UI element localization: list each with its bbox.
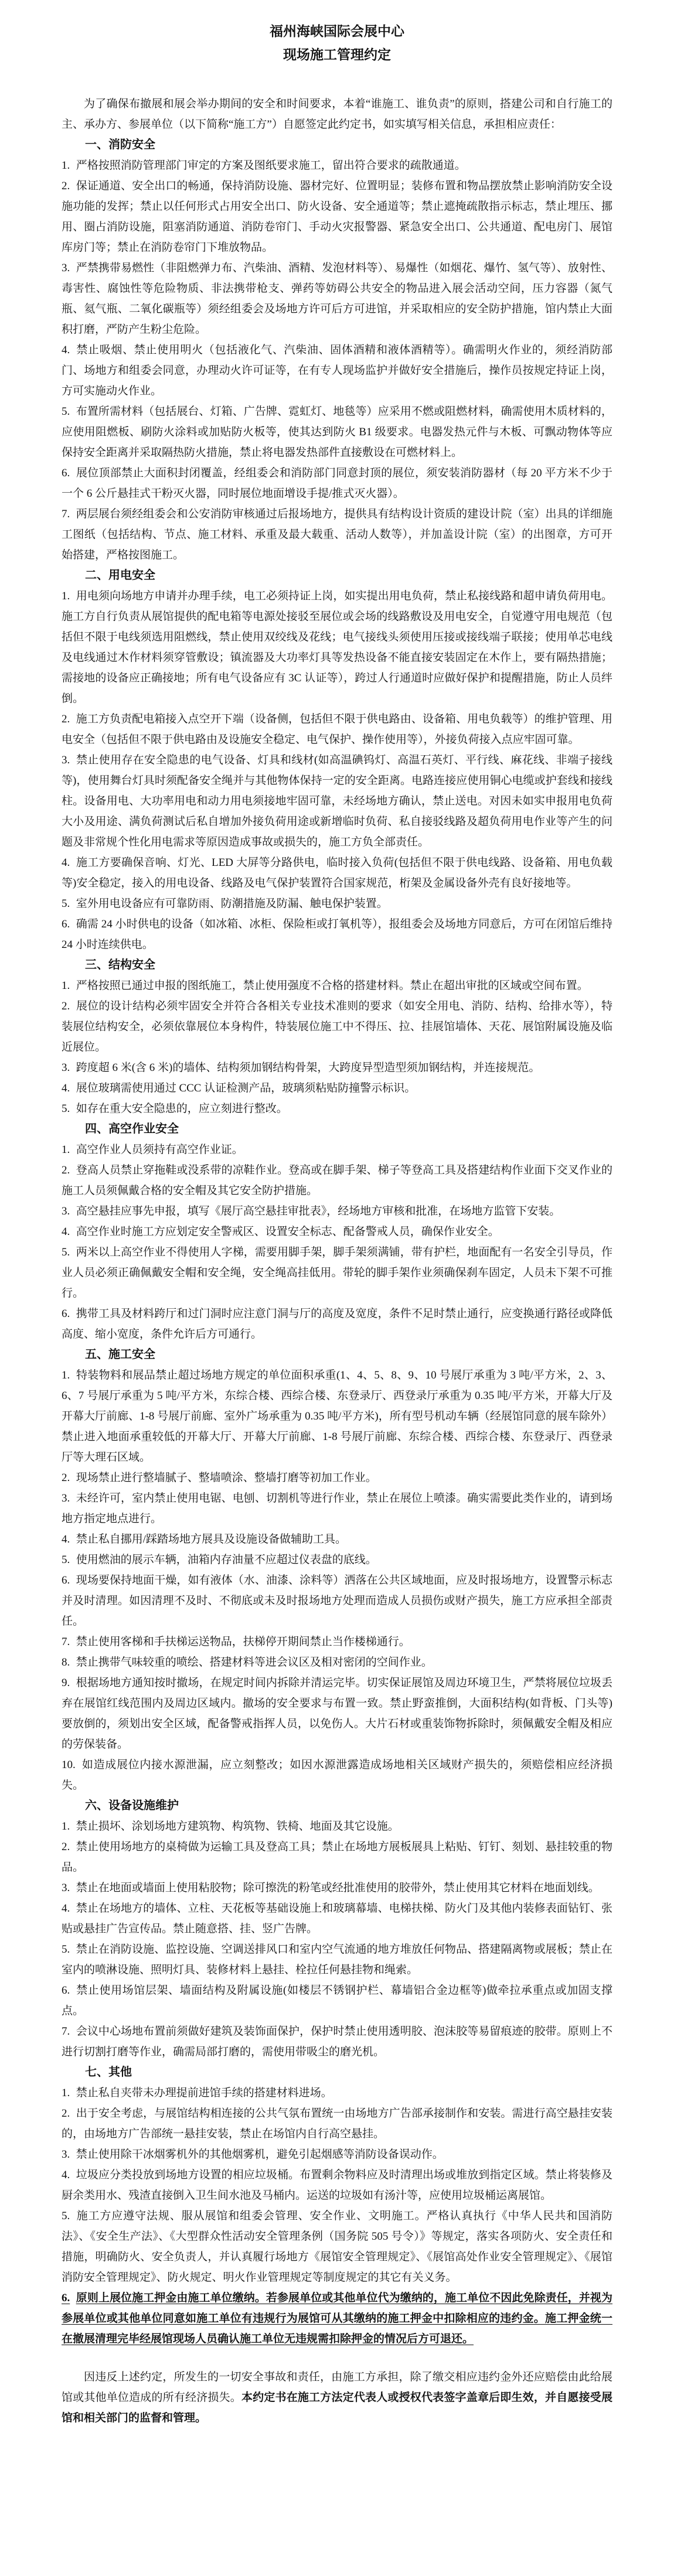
clause-text: 禁止在消防设施、监控设施、空调送排风口和室内空气流通的地方堆放任何物品、搭建隔离… <box>62 1943 612 1976</box>
clause-item: 6.禁止使用场馆层架、墙面结构及附属设施(如楼层不锈钢护栏、幕墙铝合金边框等)做… <box>62 1980 612 2021</box>
clause-item: 3.未经许可，室内禁止使用电锯、电刨、切割机等进行作业，禁止在展位上喷漆。确实需… <box>62 1488 612 1529</box>
intro-paragraph: 为了确保布撤展和展会举办期间的安全和时间要求，本着“谁施工、谁负责”的原则，搭建… <box>62 94 612 135</box>
clause-number: 1. <box>62 2087 70 2099</box>
clause-item: 2.出于安全考虑，与展馆结构相连接的公共气氛布置统一由场地方广告部承接制作和安装… <box>62 2103 612 2144</box>
clause-number: 5. <box>62 898 70 910</box>
clause-number: 4. <box>62 1082 70 1094</box>
clause-text: 会议中心场地布置前须做好建筑及装饰面保护，保护时禁止使用透明胶、泡沫胶等易留痕迹… <box>62 2025 612 2058</box>
clause-number: 3. <box>62 754 70 766</box>
clause-text: 施工方要确保音响、灯光、LED 大屏等分路供电，临时接入负荷(包括但不限于供电线… <box>62 857 612 889</box>
clause-text: 禁止损坏、涂划场地方建筑物、构筑物、铁椅、地面及其它设施。 <box>76 1820 399 1833</box>
clause-text: 保证通道、安全出口的畅通，保持消防设施、器材完好、位置明显；装修布置和物品摆放禁… <box>62 180 612 254</box>
clause-item: 3.严禁携带易燃性（非阻燃弹力布、汽柴油、酒精、发泡材料等）、易爆性（如烟花、爆… <box>62 258 612 340</box>
clause-item: 3.禁止使用存在安全隐患的电气设备、灯具和线材(如高温碘钨灯、高温石英灯、平行线… <box>62 750 612 852</box>
clause-item: 4.展位玻璃需使用通过 CCC 认证检测产品，玻璃须粘贴防撞警示标识。 <box>62 1078 612 1098</box>
clause-text: 用电须向场地方申请并办理手续，电工必须持证上岗，如实提出用电负荷，禁止私接线路和… <box>62 590 612 705</box>
clause-item: 2.施工方负责配电箱接入点空开下端（设备侧，包括但不限于供电路由、设备箱、用电负… <box>62 709 612 750</box>
clause-item: 2.展位的设计结构必须牢固安全并符合各相关专业技术准则的要求（如安全用电、消防、… <box>62 996 612 1057</box>
clause-number: 9. <box>62 1677 70 1689</box>
clause-text: 施工方负责配电箱接入点空开下端（设备侧，包括但不限于供电路由、设备箱、用电负载等… <box>62 713 612 746</box>
clause-item: 4.施工方要确保音响、灯光、LED 大屏等分路供电，临时接入负荷(包括但不限于供… <box>62 852 612 893</box>
clause-number: 2. <box>62 1841 70 1853</box>
clause-number: 1. <box>62 980 70 992</box>
clause-item: 9.根据场地方通知按时撤场，在规定时间内拆除并清运完毕。切实保证展馆及周边环境卫… <box>62 1673 612 1755</box>
clause-text: 高空作业时施工方应划定安全警戒区、设置安全标志、配备警戒人员，确保作业安全。 <box>76 1226 499 1238</box>
clause-number: 3. <box>62 1882 70 1894</box>
section-heading-1: 一、消防安全 <box>62 135 612 155</box>
clause-item: 5.两米以上高空作业不得使用人字梯，需要用脚手架，脚手架须满铺，带有护栏，地面配… <box>62 1242 612 1304</box>
clause-item: 4.禁止吸烟、禁止使用明火（包括液化气、汽柴油、固体酒精和液体酒精等）。确需明火… <box>62 340 612 401</box>
clause-text: 如存在重大安全隐患的，应立刻进行整改。 <box>76 1103 288 1115</box>
clause-text: 展位顶部禁止大面积封闭覆盖，经组委会和消防部门同意封顶的展位，须安装消防器材（每… <box>62 467 612 500</box>
section-heading-6: 六、设备设施维护 <box>62 1796 612 1816</box>
clause-number: 4. <box>62 1533 70 1545</box>
clause-number: 6. <box>62 1308 70 1320</box>
clause-text: 展位玻璃需使用通过 CCC 认证检测产品，玻璃须粘贴防撞警示标识。 <box>76 1082 416 1094</box>
clause-text: 禁止使用场馆层架、墙面结构及附属设施(如楼层不锈钢护栏、幕墙铝合金边框等)做牵拉… <box>62 1984 612 2017</box>
clause-number: 1. <box>62 1369 70 1381</box>
clause-item: 6.展位顶部禁止大面积封闭覆盖，经组委会和消防部门同意封顶的展位，须安装消防器材… <box>62 463 612 504</box>
clause-item: 7.会议中心场地布置前须做好建筑及装饰面保护，保护时禁止使用透明胶、泡沫胶等易留… <box>62 2021 612 2062</box>
clause-number: 10. <box>62 1759 76 1771</box>
clause-item: 4.高空作业时施工方应划定安全警戒区、设置安全标志、配备警戒人员，确保作业安全。 <box>62 1222 612 1242</box>
clause-item: 5.施工方应遵守法规、服从展馆和组委会管理、安全作业、文明施工。严格认真执行《中… <box>62 2206 612 2288</box>
clause-item: 5.使用燃油的展示车辆，油箱内存油量不应超过仪表盘的底线。 <box>62 1550 612 1570</box>
clause-text: 出于安全考虑，与展馆结构相连接的公共气氛布置统一由场地方广告部承接制作和安装。需… <box>62 2107 612 2140</box>
clause-number: 6. <box>62 467 70 479</box>
clause-item: 3.高空悬挂应事先申报，填写《展厅高空悬挂审批表》，经场地方审核和批准，在场地方… <box>62 1201 612 1222</box>
clause-text: 登高人员禁止穿拖鞋或没系带的凉鞋作业。登高或在脚手架、梯子等登高工具及搭建结构作… <box>62 1164 612 1197</box>
sections-container: 一、消防安全1.严格按照消防管理部门审定的方案及图纸要求施工，留出符合要求的疏散… <box>62 135 612 2349</box>
clause-number: 5. <box>62 1246 70 1258</box>
clause-text: 展位的设计结构必须牢固安全并符合各相关专业技术准则的要求（如安全用电、消防、结构… <box>62 1000 612 1053</box>
clause-number: 1. <box>62 1820 70 1833</box>
clause-item: 2.现场禁止进行整墙腻子、整墙喷涂、整墙打磨等初加工作业。 <box>62 1468 612 1488</box>
clause-text: 禁止在场地方的墙体、立柱、天花板等基础设施上和玻璃幕墙、电梯扶梯、防火门及其他内… <box>62 1902 612 1935</box>
clause-text: 高空悬挂应事先申报，填写《展厅高空悬挂审批表》，经场地方审核和批准，在场地方监管… <box>76 1205 561 1217</box>
title-line-1: 福州海峡国际会展中心 <box>62 20 612 43</box>
clause-item: 1.严格按照已通过申报的图纸施工，禁止使用强度不合格的搭建材料。禁止在超出审批的… <box>62 975 612 996</box>
clause-item: 5.禁止在消防设施、监控设施、空调送排风口和室内空气流通的地方堆放任何物品、搭建… <box>62 1939 612 1980</box>
clause-text: 现场禁止进行整墙腻子、整墙喷涂、整墙打磨等初加工作业。 <box>76 1472 377 1484</box>
title-line-2: 现场施工管理约定 <box>62 43 612 67</box>
clause-number: 3. <box>62 1062 70 1074</box>
clause-number: 6. <box>62 2292 70 2304</box>
closing-paragraph: 因违反上述约定，所发生的一切安全事故和责任，由施工方承担，除了缴交相应违约金外还… <box>62 2367 612 2428</box>
clause-text: 禁止在地面或墙面上使用粘胶物；除可擦洗的粉笔或经批准使用的胶带外，禁止使用其它材… <box>76 1882 600 1894</box>
document-title: 福州海峡国际会展中心 现场施工管理约定 <box>62 20 612 67</box>
section-heading-2: 二、用电安全 <box>62 565 612 586</box>
clause-number: 5. <box>62 405 70 418</box>
clause-number: 4. <box>62 1226 70 1238</box>
clause-item: 6.携带工具及材料跨厅和过门洞时应注意门洞与厅的高度及宽度，条件不足时禁止通行，… <box>62 1304 612 1345</box>
clause-item: 3.跨度超 6 米(含 6 米)的墙体、结构须加钢结构骨架，大跨度异型造型须加钢… <box>62 1057 612 1078</box>
clause-text: 禁止使用存在安全隐患的电气设备、灯具和线材(如高温碘钨灯、高温石英灯、平行线、麻… <box>62 754 612 848</box>
clause-text: 跨度超 6 米(含 6 米)的墙体、结构须加钢结构骨架，大跨度异型造型须加钢结构… <box>76 1062 540 1074</box>
clause-number: 7. <box>62 1636 70 1648</box>
clause-item: 3.禁止使用除干冰烟雾机外的其他烟雾机，避免引起烟感等消防设备误动作。 <box>62 2144 612 2165</box>
section-heading-4: 四、高空作业安全 <box>62 1119 612 1139</box>
clause-item: 2.禁止使用场地方的桌椅做为运输工具及登高工具；禁止在场地方展板展具上粘贴、钉钉… <box>62 1837 612 1878</box>
clause-item: 6.确需 24 小时供电的设备（如冰箱、冰柜、保险柜或打氧机等），报组委会及场地… <box>62 914 612 955</box>
clause-text: 现场要保持地面干燥，如有液体（水、油漆、涂料等）洒落在公共区域地面，应及时报场地… <box>62 1574 612 1628</box>
clause-number: 6. <box>62 1574 70 1586</box>
clause-number: 2. <box>62 1000 70 1012</box>
clause-number: 6. <box>62 1984 70 1997</box>
clause-item: 1.高空作业人员须持有高空作业证。 <box>62 1139 612 1160</box>
clause-number: 5. <box>62 1554 70 1566</box>
clause-text: 根据场地方通知按时撤场，在规定时间内拆除并清运完毕。切实保证展馆及周边环境卫生，… <box>62 1677 612 1751</box>
clause-number: 7. <box>62 2025 70 2038</box>
clause-text: 禁止使用除干冰烟雾机外的其他烟雾机，避免引起烟感等消防设备误动作。 <box>76 2148 444 2161</box>
clause-item: 10.如造成展位内接水源泄漏，应立刻整改；如因水源泄露造成场地相关区域财产损失的… <box>62 1755 612 1796</box>
clause-text: 禁止使用场地方的桌椅做为运输工具及登高工具；禁止在场地方展板展具上粘贴、钉钉、刻… <box>62 1841 612 1874</box>
clause-item: 2.登高人员禁止穿拖鞋或没系带的凉鞋作业。登高或在脚手架、梯子等登高工具及搭建结… <box>62 1160 612 1201</box>
clause-text: 如造成展位内接水源泄漏，应立刻整改；如因水源泄露造成场地相关区域财产损失的，须赔… <box>62 1759 612 1792</box>
clause-number: 4. <box>62 1902 70 1915</box>
clause-text: 室外用电设备应有可靠防雨、防潮措施及防漏、触电保护装置。 <box>76 898 388 910</box>
clause-item: 1.严格按照消防管理部门审定的方案及图纸要求施工，留出符合要求的疏散通道。 <box>62 155 612 176</box>
clause-number: 2. <box>62 180 70 192</box>
clause-item: 1.禁止私自夹带未办理提前进馆手续的搭建材料进场。 <box>62 2083 612 2103</box>
clause-text: 禁止私自夹带未办理提前进馆手续的搭建材料进场。 <box>76 2087 332 2099</box>
clause-text: 使用燃油的展示车辆，油箱内存油量不应超过仪表盘的底线。 <box>76 1554 377 1566</box>
clause-text: 禁止私自挪用/踩踏场地方展具及设施设备做辅助工具。 <box>76 1533 346 1545</box>
clause-item: 6.现场要保持地面干燥，如有液体（水、油漆、涂料等）洒落在公共区域地面，应及时报… <box>62 1570 612 1632</box>
clause-number: 1. <box>62 590 70 602</box>
clause-item: 7.禁止使用客梯和手扶梯运送物品，扶梯停开期间禁止当作楼梯通行。 <box>62 1632 612 1652</box>
clause-number: 3. <box>62 1205 70 1217</box>
clause-text: 禁止吸烟、禁止使用明火（包括液化气、汽柴油、固体酒精和液体酒精等）。确需明火作业… <box>62 344 612 397</box>
clause-number: 5. <box>62 2210 70 2222</box>
clause-number: 6. <box>62 918 70 930</box>
clause-text: 禁止携带气味较重的喷绘、搭建材料等进会议区及相对密闭的空间作业。 <box>76 1656 433 1669</box>
clause-number: 3. <box>62 2148 70 2161</box>
clause-text: 特装物料和展品禁止超过场地方规定的单位面积承重(1、4、5、8、9、10 号展厅… <box>62 1369 612 1463</box>
clause-number: 4. <box>62 2169 70 2181</box>
clause-item: 4.垃圾应分类投放到场地方设置的相应垃圾桶。布置剩余物料应及时清理出场或堆放到指… <box>62 2165 612 2206</box>
clause-text: 严禁携带易燃性（非阻燃弹力布、汽柴油、酒精、发泡材料等）、易爆性（如烟花、爆竹、… <box>62 262 612 336</box>
clause-text: 原则上展位施工押金由施工单位缴纳。若参展单位或其他单位代为缴纳的，施工单位不因此… <box>62 2292 612 2345</box>
clause-number: 2. <box>62 1472 70 1484</box>
clause-number: 2. <box>62 713 70 725</box>
section-heading-5: 五、施工安全 <box>62 1345 612 1365</box>
clause-item: 7.两层展台须经组委会和公安消防审核通过后报场地方，提供具有结构设计资质的建设计… <box>62 504 612 565</box>
clause-number: 1. <box>62 159 70 172</box>
clause-item: 1.特装物料和展品禁止超过场地方规定的单位面积承重(1、4、5、8、9、10 号… <box>62 1365 612 1468</box>
clause-item: 8.禁止携带气味较重的喷绘、搭建材料等进会议区及相对密闭的空间作业。 <box>62 1652 612 1673</box>
clause-number: 5. <box>62 1103 70 1115</box>
clause-text: 禁止使用客梯和手扶梯运送物品，扶梯停开期间禁止当作楼梯通行。 <box>76 1636 410 1648</box>
clause-text: 两层展台须经组委会和公安消防审核通过后报场地方，提供具有结构设计资质的建设计院（… <box>62 508 612 561</box>
clause-number: 8. <box>62 1656 70 1669</box>
clause-item: 3.禁止在地面或墙面上使用粘胶物；除可擦洗的粉笔或经批准使用的胶带外，禁止使用其… <box>62 1878 612 1898</box>
clause-text: 两米以上高空作业不得使用人字梯，需要用脚手架，脚手架须满铺，带有护栏，地面配有一… <box>62 1246 612 1299</box>
clause-text: 施工方应遵守法规、服从展馆和组委会管理、安全作业、文明施工。严格认真执行《中华人… <box>62 2210 612 2284</box>
clause-item: 1.禁止损坏、涂划场地方建筑物、构筑物、铁椅、地面及其它设施。 <box>62 1816 612 1837</box>
clause-text: 布置所需材料（包括展台、灯箱、广告牌、霓虹灯、地毯等）应采用不燃或阻燃材料，确需… <box>62 405 612 459</box>
clause-number: 2. <box>62 1164 70 1176</box>
clause-number: 7. <box>62 508 70 520</box>
clause-item: 4.禁止私自挪用/踩踏场地方展具及设施设备做辅助工具。 <box>62 1529 612 1550</box>
clause-text: 垃圾应分类投放到场地方设置的相应垃圾桶。布置剩余物料应及时清理出场或堆放到指定区… <box>62 2169 612 2202</box>
section-heading-7: 七、其他 <box>62 2062 612 2083</box>
clause-item: 5.布置所需材料（包括展台、灯箱、广告牌、霓虹灯、地毯等）应采用不燃或阻燃材料，… <box>62 401 612 463</box>
clause-item: 6.原则上展位施工押金由施工单位缴纳。若参展单位或其他单位代为缴纳的，施工单位不… <box>62 2288 612 2349</box>
clause-item: 5.室外用电设备应有可靠防雨、防潮措施及防漏、触电保护装置。 <box>62 893 612 914</box>
clause-item: 2.保证通道、安全出口的畅通，保持消防设施、器材完好、位置明显；装修布置和物品摆… <box>62 176 612 258</box>
clause-item: 5.如存在重大安全隐患的，应立刻进行整改。 <box>62 1098 612 1119</box>
clause-number: 3. <box>62 262 70 274</box>
clause-text: 高空作业人员须持有高空作业证。 <box>76 1144 243 1156</box>
clause-text: 严格按照消防管理部门审定的方案及图纸要求施工，留出符合要求的疏散通道。 <box>76 159 466 172</box>
clause-number: 2. <box>62 2107 70 2120</box>
section-heading-3: 三、结构安全 <box>62 955 612 975</box>
clause-text: 严格按照已通过申报的图纸施工，禁止使用强度不合格的搭建材料。禁止在超出审批的区域… <box>76 980 588 992</box>
clause-text: 未经许可，室内禁止使用电锯、电刨、切割机等进行作业，禁止在展位上喷漆。确实需要此… <box>62 1492 612 1525</box>
clause-item: 1.用电须向场地方申请并办理手续，电工必须持证上岗，如实提出用电负荷，禁止私接线… <box>62 586 612 709</box>
clause-text: 携带工具及材料跨厅和过门洞时应注意门洞与厅的高度及宽度，条件不足时禁止通行，应变… <box>62 1308 612 1340</box>
clause-text: 确需 24 小时供电的设备（如冰箱、冰柜、保险柜或打氧机等），报组委会及场地方同… <box>62 918 612 951</box>
clause-number: 4. <box>62 344 70 356</box>
clause-number: 5. <box>62 1943 70 1956</box>
clause-number: 1. <box>62 1144 70 1156</box>
clause-item: 4.禁止在场地方的墙体、立柱、天花板等基础设施上和玻璃幕墙、电梯扶梯、防火门及其… <box>62 1898 612 1939</box>
document-page: 福州海峡国际会展中心 现场施工管理约定 为了确保布撤展和展会举办期间的安全和时间… <box>0 0 674 2576</box>
clause-number: 3. <box>62 1492 70 1504</box>
clause-number: 4. <box>62 857 70 869</box>
